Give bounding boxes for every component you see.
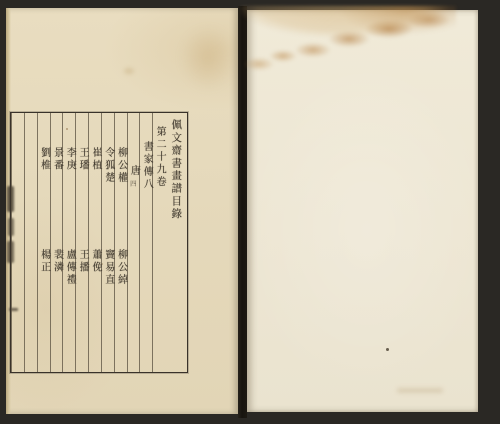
name-column: 李庚 盧傳禮 — [62, 113, 75, 372]
section-column: 書家傳八 — [139, 113, 152, 372]
name-top: 李庚 — [64, 147, 74, 172]
foxing-spot — [124, 68, 134, 74]
dynasty-column: 唐 四 — [127, 113, 140, 372]
water-stain — [241, 6, 456, 84]
name-top: 劉椎 — [39, 147, 49, 172]
name-column: 景番 裴潾 — [50, 113, 63, 372]
empty-column — [11, 113, 24, 372]
name-top: 崔植 — [90, 147, 100, 172]
name-column: 令狐楚 竇易直 — [101, 113, 114, 372]
name-top: 令狐楚 — [103, 147, 113, 185]
name-top: 王璠 — [77, 147, 87, 172]
foxing-stain — [166, 26, 236, 106]
name-bottom: 竇易直 — [103, 249, 113, 287]
name-column: 崔植 蕭俛 — [88, 113, 101, 372]
name-bottom: 盧傳禮 — [64, 249, 74, 287]
name-bottom: 柳公綽 — [116, 249, 126, 287]
foxing-spot — [397, 388, 443, 393]
book-title: 佩文齋書畫譜目錄 — [171, 119, 182, 221]
name-bottom: 楊正 — [39, 249, 49, 274]
name-column: 柳公權 柳公綽 — [114, 113, 127, 372]
name-column: 劉椎 楊正 — [37, 113, 50, 372]
name-top: 柳公權 — [116, 147, 126, 185]
right-page — [247, 10, 478, 412]
name-bottom: 裴潾 — [51, 249, 61, 274]
foxing-spot — [386, 348, 389, 351]
name-top: 景番 — [51, 147, 61, 172]
left-page: 佩文齋書畫譜目錄 第二十九卷 書家傳八 唐 四 柳公權 柳公綽 令狐楚 竇易直 — [6, 8, 238, 414]
photo-background: 佩文齋書畫譜目錄 第二十九卷 書家傳八 唐 四 柳公權 柳公綽 令狐楚 竇易直 — [0, 0, 500, 424]
page-gutter — [238, 6, 247, 418]
dynasty-note: 四 — [129, 180, 138, 188]
volume-column: 第二十九卷 — [152, 113, 165, 372]
name-column: 王璠 王播 — [75, 113, 88, 372]
section-label: 書家傳八 — [141, 141, 151, 191]
volume-label: 第二十九卷 — [154, 126, 164, 189]
toc-title-column: 佩文齋書畫譜目錄 — [165, 113, 187, 372]
name-bottom: 蕭俛 — [90, 249, 100, 274]
name-bottom: 王播 — [77, 249, 87, 274]
content-frame: 佩文齋書畫譜目錄 第二十九卷 書家傳八 唐 四 柳公權 柳公綽 令狐楚 竇易直 — [10, 112, 188, 373]
empty-column — [24, 113, 37, 372]
dynasty-label: 唐 — [128, 165, 138, 178]
